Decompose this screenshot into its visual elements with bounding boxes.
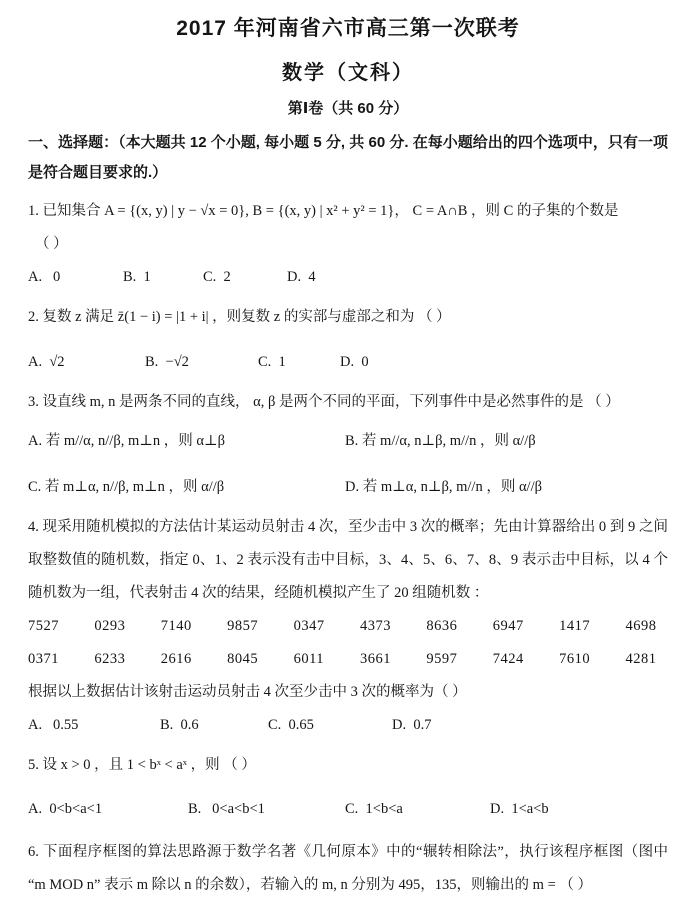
question-4: 4. 现采用随机模拟的方法估计某运动员射击 4 次，至少击中 3 次的概率；先由… (28, 511, 668, 742)
question-3-option-d: D. 若 m⊥α, n⊥β, m//n ，则 α//β (345, 471, 668, 504)
question-2-option-b: B. −√2 (145, 346, 258, 379)
question-5-option-a: A. 0<b<a<1 (28, 793, 188, 826)
question-5: 5. 设 x > 0 ，且 1 < bˣ < aˣ ，则 （ ） A. 0<b<… (28, 749, 668, 826)
random-number: 7140 (161, 610, 227, 643)
question-3-option-b: B. 若 m//α, n⊥β, m//n ，则 α//β (345, 425, 668, 458)
exam-title: 2017 年河南省六市高三第一次联考 (28, 12, 668, 42)
question-1-option-b: B. 1 (123, 261, 203, 294)
question-1-options: A. 0 B. 1 C. 2 D. 4 (28, 261, 668, 294)
question-5-option-b: B. 0<a<b<1 (188, 793, 345, 826)
question-1-answer-blank: （ ） (28, 228, 668, 261)
random-number: 4698 (626, 610, 657, 643)
question-5-options: A. 0<b<a<1 B. 0<a<b<1 C. 1<b<a D. 1<a<b (28, 793, 668, 826)
random-number: 8636 (426, 610, 492, 643)
question-3-stem: 3. 设直线 m, n 是两条不同的直线， α, β 是两个不同的平面，下列事件… (28, 386, 668, 419)
random-number: 9857 (227, 610, 293, 643)
exam-subject: 数学（文科） (28, 56, 668, 85)
random-number: 4281 (626, 643, 657, 676)
question-4-option-b: B. 0.6 (160, 709, 268, 742)
question-3-options: A. 若 m//α, n//β, m⊥n ，则 α⊥β B. 若 m//α, n… (28, 425, 668, 504)
question-3-option-c: C. 若 m⊥α, n//β, m⊥n ，则 α//β (28, 471, 345, 504)
question-2-options: A. √2 B. −√2 C. 1 D. 0 (28, 346, 668, 379)
volume-heading: 第Ⅰ卷（共 60 分） (28, 97, 668, 118)
question-1-option-c: C. 2 (203, 261, 287, 294)
random-number: 0371 (28, 643, 94, 676)
random-number: 7610 (559, 643, 625, 676)
question-4-option-a: A. 0.55 (28, 709, 160, 742)
section-intro: 一、选择题：（本大题共 12 个小题, 每小题 5 分, 共 60 分. 在每小… (28, 128, 668, 188)
question-2: 2. 复数 z 满足 z̄(1 − i) = |1 + i| ，则复数 z 的实… (28, 301, 668, 379)
question-1-stem: 1. 已知集合 A = {(x, y) | y − √x = 0}, B = {… (28, 195, 668, 228)
random-number: 1417 (559, 610, 625, 643)
random-number: 7424 (493, 643, 559, 676)
question-5-option-d: D. 1<a<b (490, 793, 549, 826)
question-6: 6. 下面程序框图的算法思路源于数学名著《几何原本》中的“辗转相除法”，执行该程… (28, 836, 668, 902)
random-number: 6947 (493, 610, 559, 643)
random-number: 9597 (426, 643, 492, 676)
random-number: 0347 (294, 610, 360, 643)
random-number: 2616 (161, 643, 227, 676)
question-2-option-c: C. 1 (258, 346, 340, 379)
question-5-option-c: C. 1<b<a (345, 793, 490, 826)
question-1-option-a: A. 0 (28, 261, 123, 294)
random-number: 4373 (360, 610, 426, 643)
question-4-option-c: C. 0.65 (268, 709, 392, 742)
random-number: 7527 (28, 610, 94, 643)
question-1: 1. 已知集合 A = {(x, y) | y − √x = 0}, B = {… (28, 195, 668, 294)
question-4-options: A. 0.55 B. 0.6 C. 0.65 D. 0.7 (28, 709, 668, 742)
question-4-stem: 4. 现采用随机模拟的方法估计某运动员射击 4 次，至少击中 3 次的概率；先由… (28, 511, 668, 610)
random-number: 6011 (294, 643, 360, 676)
random-number: 3661 (360, 643, 426, 676)
question-4-random-numbers-row-2: 0371 6233 2616 8045 6011 3661 9597 7424 … (28, 643, 668, 676)
question-2-option-a: A. √2 (28, 346, 145, 379)
question-5-stem: 5. 设 x > 0 ，且 1 < bˣ < aˣ ，则 （ ） (28, 749, 668, 782)
question-4-conclusion: 根据以上数据估计该射击运动员射击 4 次至少击中 3 次的概率为（ ） (28, 676, 668, 709)
question-1-option-d: D. 4 (287, 261, 316, 294)
question-2-stem: 2. 复数 z 满足 z̄(1 − i) = |1 + i| ，则复数 z 的实… (28, 301, 668, 334)
exam-page: 2017 年河南省六市高三第一次联考 数学（文科） 第Ⅰ卷（共 60 分） 一、… (0, 0, 696, 904)
question-3: 3. 设直线 m, n 是两条不同的直线， α, β 是两个不同的平面，下列事件… (28, 386, 668, 504)
question-3-option-a: A. 若 m//α, n//β, m⊥n ，则 α⊥β (28, 425, 345, 458)
question-6-stem: 6. 下面程序框图的算法思路源于数学名著《几何原本》中的“辗转相除法”，执行该程… (28, 836, 668, 902)
question-2-option-d: D. 0 (340, 346, 369, 379)
random-number: 6233 (94, 643, 160, 676)
question-4-option-d: D. 0.7 (392, 709, 431, 742)
question-4-random-numbers-row-1: 7527 0293 7140 9857 0347 4373 8636 6947 … (28, 610, 668, 643)
random-number: 8045 (227, 643, 293, 676)
random-number: 0293 (94, 610, 160, 643)
